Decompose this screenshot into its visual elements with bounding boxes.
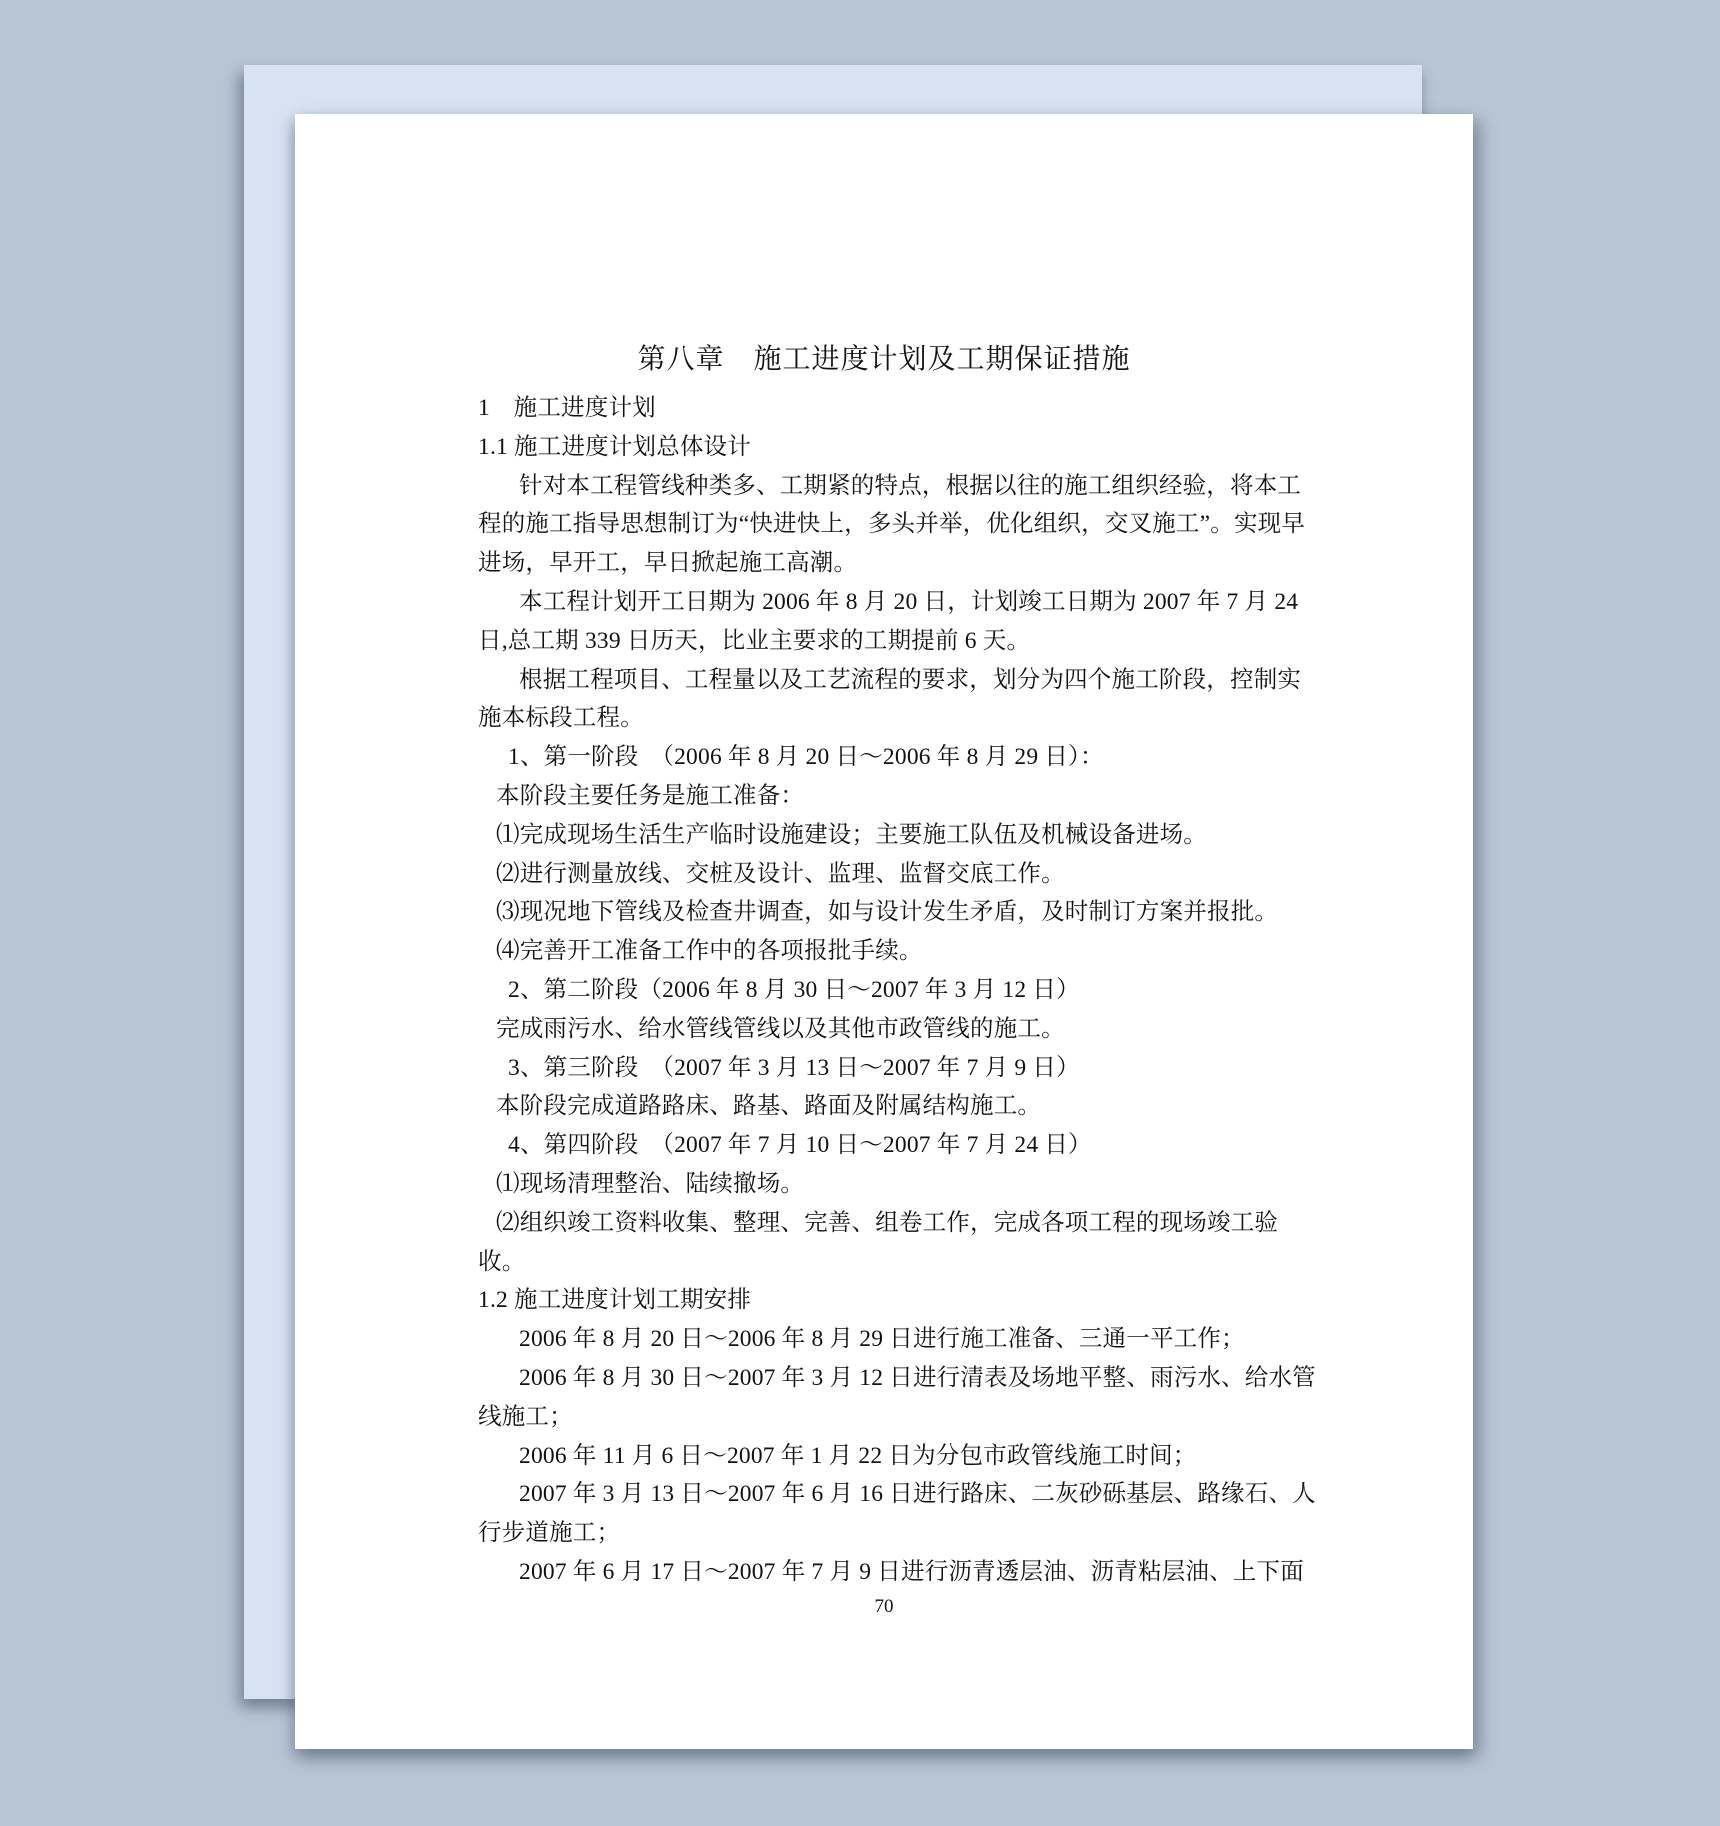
text-line: 2007 年 3 月 13 日～2007 年 6 月 16 日进行路床、二灰砂砾… [478, 1475, 1290, 1514]
desktop-background: 第八章 施工进度计划及工期保证措施 1 施工进度计划1.1 施工进度计划总体设计… [0, 0, 1720, 1826]
text-line: ⑵进行测量放线、交桩及设计、监理、监督交底工作。 [478, 855, 1290, 894]
text-line: 2006 年 8 月 30 日～2007 年 3 月 12 日进行清表及场地平整… [478, 1359, 1290, 1398]
text-line: 行步道施工； [478, 1514, 1290, 1553]
text-line: 根据工程项目、工程量以及工艺流程的要求，划分为四个施工阶段，控制实 [478, 661, 1290, 700]
chapter-title: 第八章 施工进度计划及工期保证措施 [478, 340, 1290, 380]
text-line: 线施工； [478, 1398, 1290, 1437]
text-line: 本阶段完成道路路床、路基、路面及附属结构施工。 [478, 1087, 1290, 1126]
text-line: 4、第四阶段 （2007 年 7 月 10 日～2007 年 7 月 24 日） [478, 1126, 1290, 1165]
text-line: 日,总工期 339 日历天，比业主要求的工期提前 6 天。 [478, 622, 1290, 661]
text-line: 完成雨污水、给水管线管线以及其他市政管线的施工。 [478, 1010, 1290, 1049]
text-line: ⑶现况地下管线及检查井调查，如与设计发生矛盾，及时制订方案并报批。 [478, 893, 1290, 932]
text-line: 1、第一阶段 （2006 年 8 月 20 日～2006 年 8 月 29 日）… [478, 738, 1290, 777]
text-line: 程的施工指导思想制订为“快进快上，多头并举，优化组织，交叉施工”。实现早 [478, 505, 1290, 544]
text-line: 2、第二阶段（2006 年 8 月 30 日～2007 年 3 月 12 日） [478, 971, 1290, 1010]
page-number: 70 [478, 1595, 1290, 1619]
document-page: 第八章 施工进度计划及工期保证措施 1 施工进度计划1.1 施工进度计划总体设计… [295, 114, 1473, 1749]
text-line: 2006 年 11 月 6 日～2007 年 1 月 22 日为分包市政管线施工… [478, 1437, 1290, 1476]
text-line: ⑵组织竣工资料收集、整理、完善、组卷工作，完成各项工程的现场竣工验 [478, 1204, 1290, 1243]
text-line: 本阶段主要任务是施工准备： [478, 777, 1290, 816]
text-line: 进场，早开工，早日掀起施工高潮。 [478, 544, 1290, 583]
text-line: 1.1 施工进度计划总体设计 [478, 428, 1290, 467]
text-line: 1 施工进度计划 [478, 389, 1290, 428]
text-line: 3、第三阶段 （2007 年 3 月 13 日～2007 年 7 月 9 日） [478, 1049, 1290, 1088]
text-line: ⑴现场清理整治、陆续撤场。 [478, 1165, 1290, 1204]
text-line: 2007 年 6 月 17 日～2007 年 7 月 9 日进行沥青透层油、沥青… [478, 1553, 1290, 1592]
text-line: ⑴完成现场生活生产临时设施建设；主要施工队伍及机械设备进场。 [478, 816, 1290, 855]
text-line: 针对本工程管线种类多、工期紧的特点，根据以往的施工组织经验，将本工 [478, 467, 1290, 506]
text-line: 施本标段工程。 [478, 699, 1290, 738]
text-line: ⑷完善开工准备工作中的各项报批手续。 [478, 932, 1290, 971]
text-line: 收。 [478, 1243, 1290, 1282]
text-line: 2006 年 8 月 20 日～2006 年 8 月 29 日进行施工准备、三通… [478, 1320, 1290, 1359]
text-line: 本工程计划开工日期为 2006 年 8 月 20 日，计划竣工日期为 2007 … [478, 583, 1290, 622]
text-line: 1.2 施工进度计划工期安排 [478, 1281, 1290, 1320]
document-body: 1 施工进度计划1.1 施工进度计划总体设计针对本工程管线种类多、工期紧的特点，… [478, 389, 1290, 1592]
